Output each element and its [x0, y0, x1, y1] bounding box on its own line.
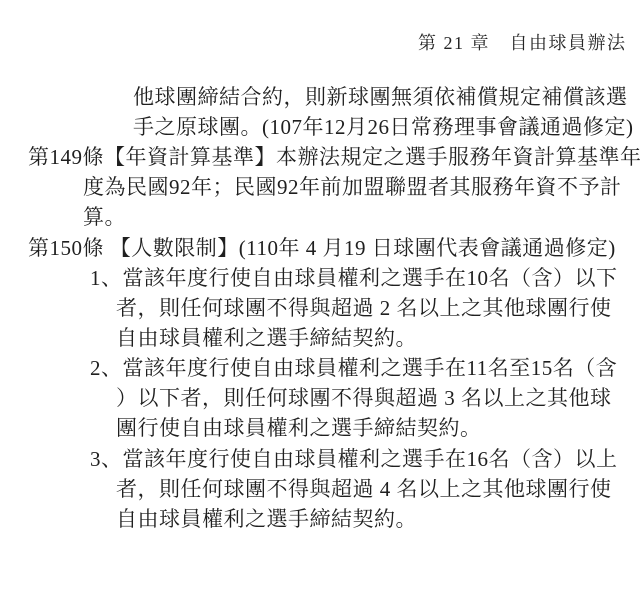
article-150-item-3-line-1: 3、當該年度行使自由球員權利之選手在16名（含）以上 [90, 448, 618, 471]
article-149-line-1: 第149條【年資計算基準】本辦法規定之選手服務年資計算基準年 [28, 146, 640, 169]
article-150-item-2-line-3: 團行使自由球員權利之選手締結契約。 [116, 417, 482, 440]
article-150-item-2-line-2: ）以下者，則任何球團不得與超過 3 名以上之其他球 [116, 387, 612, 410]
article-150-item-1-line-2: 者，則任何球團不得與超過 2 名以上之其他球團行使 [116, 297, 612, 320]
article-149-line-3: 算。 [83, 206, 126, 229]
article-150-item-2-line-1: 2、當該年度行使自由球員權利之選手在11名至15名（含 [90, 357, 617, 380]
article-150-item-1-line-1: 1、當該年度行使自由球員權利之選手在10名（含）以下 [90, 267, 618, 290]
document-page: 第 21 章 自由球員辦法 他球團締結合約，則新球團無須依補償規定補償該選 手之… [0, 0, 640, 608]
prev-article-continuation-line-1: 他球團締結合約，則新球團無須依補償規定補償該選 [133, 86, 628, 109]
chapter-header-title: 第 21 章 自由球員辦法 [418, 29, 627, 55]
article-150-item-1-line-3: 自由球員權利之選手締結契約。 [116, 327, 417, 350]
article-150-item-3-line-3: 自由球員權利之選手締結契約。 [116, 508, 417, 531]
article-150-heading: 第150條 【人數限制】(110年 4 月19 日球團代表會議通過修定) [28, 237, 616, 260]
prev-article-continuation-line-2: 手之原球團。(107年12月26日常務理事會議通過修定) [133, 116, 634, 139]
article-149-line-2: 度為民國92年；民國92年前加盟聯盟者其服務年資不予計 [83, 176, 622, 199]
article-150-item-3-line-2: 者，則任何球團不得與超過 4 名以上之其他球團行使 [116, 478, 612, 501]
